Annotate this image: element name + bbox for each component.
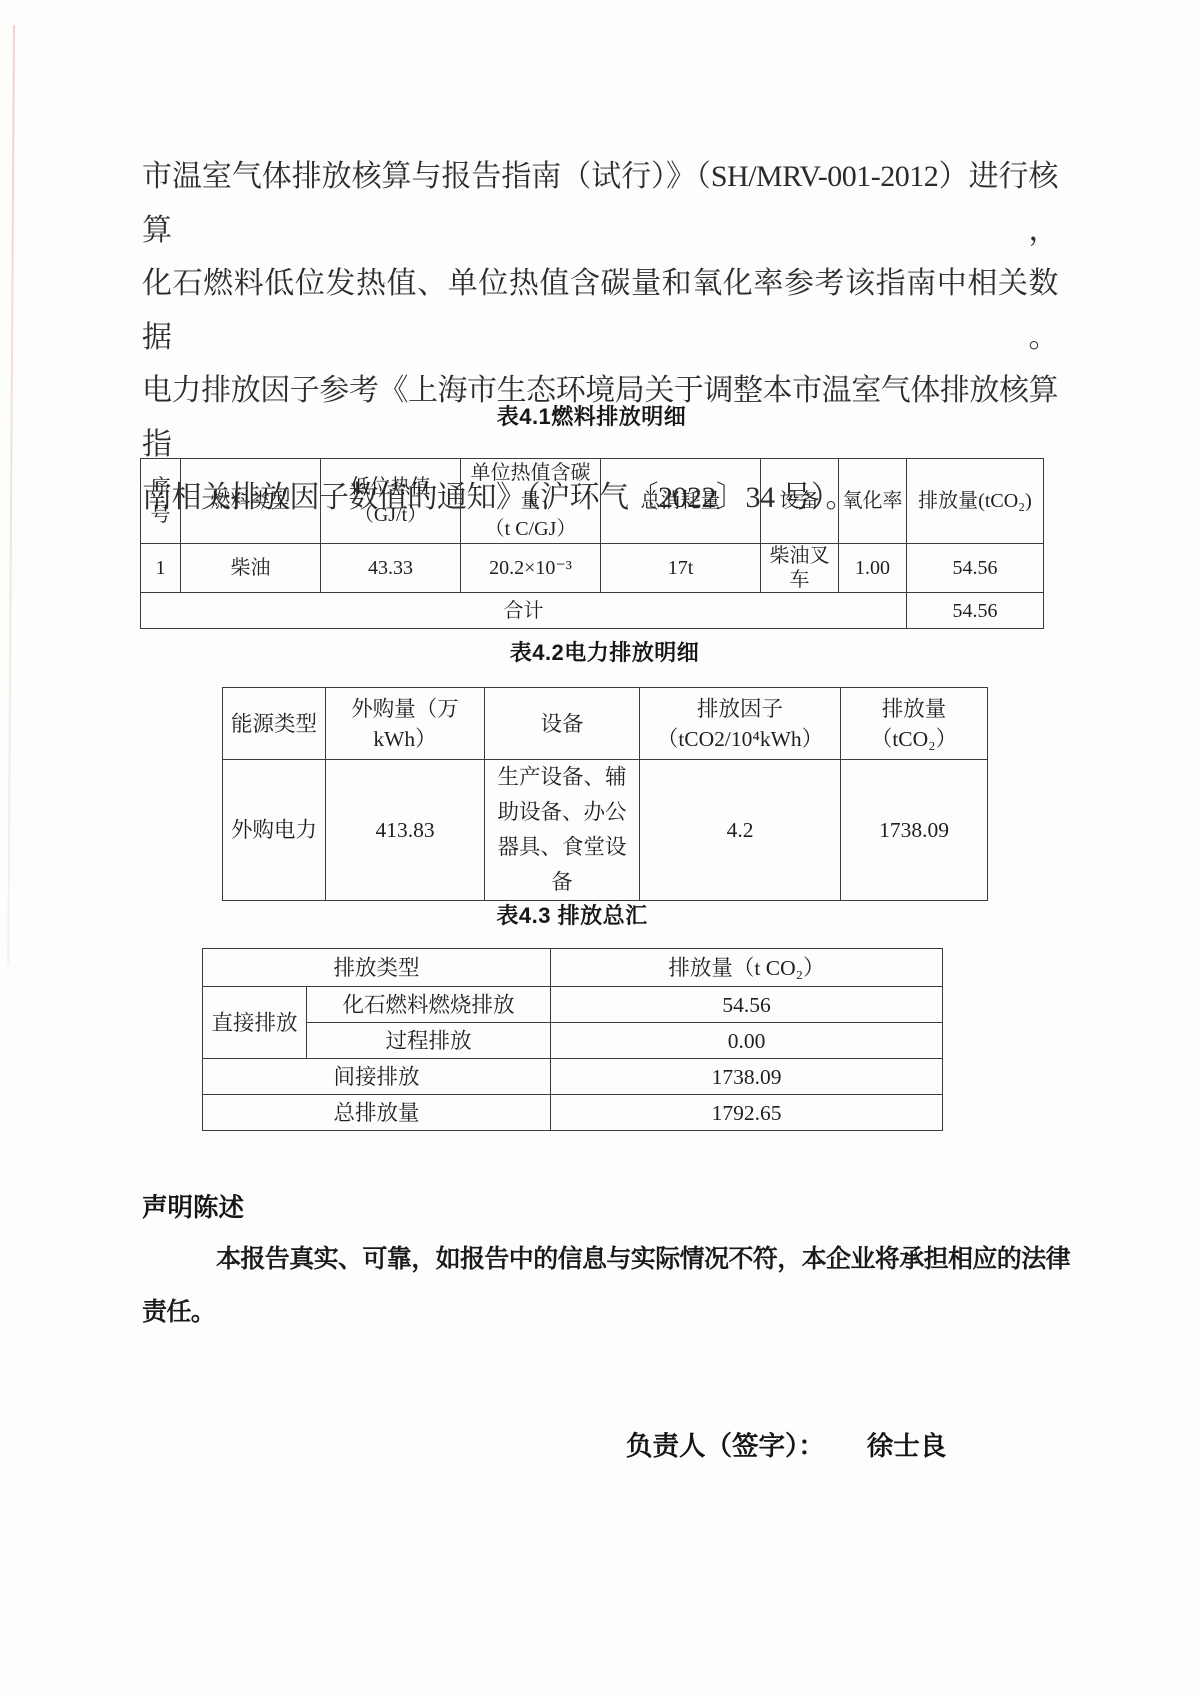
table2-cell-purchased: 413.83 [326,760,485,901]
table1-caption: 表4.1燃料排放明细 [140,400,1043,431]
table2-header-emission: 排放量（tCO₂） [841,688,988,760]
table3-direct-label: 直接排放 [203,987,307,1059]
electricity-emission-table: 能源类型 外购量（万kWh） 设备 排放因子 （tCO2/10⁴kWh） 排放量… [222,687,988,901]
scan-edge-artifact [7,25,15,965]
signature-line: 负责人（签字）： 徐士良 [626,1424,946,1463]
table2-cell-energy-type: 外购电力 [223,760,326,901]
table3-fossil-label: 化石燃料燃烧排放 [307,987,551,1023]
table2-header-equipment: 设备 [485,688,640,760]
table1-cell-oxidation-rate: 1.00 [839,544,907,593]
table3-process-value: 0.00 [551,1023,943,1059]
table1-header-carbon-content: 单位热值含碳量 （t C/GJ） [461,459,601,544]
table2-header-purchased: 外购量（万kWh） [326,688,485,760]
table2-header-row: 能源类型 外购量（万kWh） 设备 排放因子 （tCO2/10⁴kWh） 排放量… [223,688,988,760]
table3-total-label: 总排放量 [203,1095,551,1131]
table1-data-row: 1 柴油 43.33 20.2×10⁻³ 17t 柴油叉车 1.00 54.56 [141,544,1044,593]
table3-row-total: 总排放量 1792.65 [203,1095,943,1131]
table2-cell-factor: 4.2 [640,760,841,901]
table2-cell-emission: 1738.09 [841,760,988,901]
table2-header-energy-type: 能源类型 [223,688,326,760]
table2-cell-equipment: 生产设备、辅助设备、办公器具、食堂设备 [485,760,640,901]
table1-header-consumption: 总消耗量 [601,459,761,544]
table1-total-value: 54.56 [907,593,1044,629]
table3-total-value: 1792.65 [551,1095,943,1131]
declaration-line-1: 本报告真实、可靠，如报告中的信息与实际情况不符，本企业将承担相应的法律 [142,1233,1122,1286]
declaration-paragraph: 本报告真实、可靠，如报告中的信息与实际情况不符，本企业将承担相应的法律 责任。 [142,1233,1122,1339]
table2-caption: 表4.2电力排放明细 [222,636,987,667]
table1-header-heating-value: 低位热值 （GJ/t） [321,459,461,544]
signatory-name: 徐士良 [867,1424,947,1463]
table3-fossil-value: 54.56 [551,987,943,1023]
declaration-heading: 声明陈述 [142,1188,244,1224]
intro-line-2: 化石燃料低位发热值、单位热值含碳量和氧化率参考该指南中相关数据。 [142,257,1058,364]
table1-header-oxidation-rate: 氧化率 [839,459,907,544]
table3-row-indirect: 间接排放 1738.09 [203,1059,943,1095]
table1-cell-consumption: 17t [601,544,761,593]
intro-line-1: 市温室气体排放核算与报告指南（试行）》（SH/MRV-001-2012）进行核算… [142,150,1058,257]
table1-header-index: 序号 [141,459,181,544]
table3-process-label: 过程排放 [307,1023,551,1059]
table1-cell-fuel-type: 柴油 [181,544,321,593]
table1-cell-emission: 54.56 [907,544,1044,593]
signature-label: 负责人（签字）： [626,1424,825,1463]
declaration-line-2: 责任。 [142,1286,1122,1339]
table1-header-fuel-type: 燃料类型 [181,459,321,544]
table1-header-row: 序号 燃料类型 低位热值 （GJ/t） 单位热值含碳量 （t C/GJ） 总消耗… [141,459,1044,544]
table3-row-process: 过程排放 0.00 [203,1023,943,1059]
table1-total-label: 合计 [141,593,907,629]
table1-cell-index: 1 [141,544,181,593]
table3-header-row: 排放类型 排放量（t CO₂） [203,949,943,987]
fuel-emission-table: 序号 燃料类型 低位热值 （GJ/t） 单位热值含碳量 （t C/GJ） 总消耗… [140,458,1044,629]
table2-header-factor: 排放因子 （tCO2/10⁴kWh） [640,688,841,760]
table3-indirect-label: 间接排放 [203,1059,551,1095]
table3-header-type: 排放类型 [203,949,551,987]
scanned-report-page: 市温室气体排放核算与报告指南（试行）》（SH/MRV-001-2012）进行核算… [0,0,1200,1696]
table3-caption: 表4.3 排放总汇 [202,899,942,930]
emission-summary-table: 排放类型 排放量（t CO₂） 直接排放 化石燃料燃烧排放 54.56 过程排放… [202,948,943,1131]
table1-cell-carbon-content: 20.2×10⁻³ [461,544,601,593]
table3-header-amount: 排放量（t CO₂） [551,949,943,987]
table1-total-row: 合计 54.56 [141,593,1044,629]
table3-row-fossil: 直接排放 化石燃料燃烧排放 54.56 [203,987,943,1023]
table1-cell-heating-value: 43.33 [321,544,461,593]
table3-indirect-value: 1738.09 [551,1059,943,1095]
table2-data-row: 外购电力 413.83 生产设备、辅助设备、办公器具、食堂设备 4.2 1738… [223,760,988,901]
table1-header-emission: 排放量(tCO₂) [907,459,1044,544]
table1-cell-equipment: 柴油叉车 [761,544,839,593]
table1-header-equipment: 设备 [761,459,839,544]
